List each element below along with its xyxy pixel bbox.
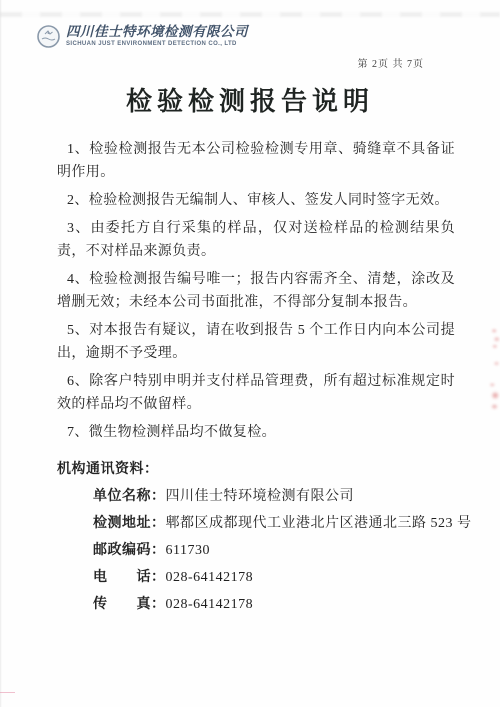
note-item-2: 2、检验检测报告无编制人、审核人、签发人同时签字无效。	[57, 189, 455, 212]
contact-label: 传 真：	[93, 597, 166, 612]
note-item-3: 3、由委托方自行采集的样品，仅对送检样品的检测结果负责，不对样品来源负责。	[57, 217, 455, 263]
contact-value: 四川佳士特环境检测有限公司	[166, 489, 355, 504]
company-name-en: SICHUAN JUST ENVIRONMENT DETECTION CO., …	[66, 40, 248, 48]
report-notes-list: 1、检验检测报告无本公司检验检测专用章、骑缝章不具备证明作用。 2、检验检测报告…	[57, 138, 455, 449]
contact-label: 单位名称：	[93, 489, 166, 504]
red-paging-seal-fragment	[487, 381, 500, 413]
document-title: 检验检测报告说明	[0, 81, 500, 118]
scan-artifact-band	[0, 12, 500, 17]
company-logo-icon	[37, 25, 60, 48]
contact-value: 028-64142178	[166, 570, 254, 585]
scan-artifact-line	[0, 692, 15, 693]
contact-value: 611730	[166, 543, 210, 558]
contact-heading: 机构通讯资料：	[57, 458, 455, 481]
note-item-6: 6、除客户特别申明并支付样品管理费，所有超过标准规定时效的样品均不做留样。	[57, 370, 455, 416]
contact-row-unit-name: 单位名称：四川佳士特环境检测有限公司	[57, 485, 455, 508]
contact-label: 检测地址：	[93, 516, 166, 531]
note-item-7: 7、微生物检测样品均不做复检。	[57, 421, 455, 444]
contact-value: 郫都区成都现代工业港北片区港通北三路 523 号	[166, 516, 472, 531]
contact-row-postcode: 邮政编码：611730	[57, 539, 455, 562]
contact-row-address: 检测地址：郫都区成都现代工业港北片区港通北三路 523 号	[57, 512, 455, 535]
company-header: 四川佳士特环境检测有限公司 SICHUAN JUST ENVIRONMENT D…	[37, 24, 248, 48]
company-name-block: 四川佳士特环境检测有限公司 SICHUAN JUST ENVIRONMENT D…	[66, 24, 248, 48]
contact-value: 028-64142178	[166, 597, 254, 612]
note-item-1: 1、检验检测报告无本公司检验检测专用章、骑缝章不具备证明作用。	[57, 138, 455, 184]
page-number: 第 2页 共 7页	[358, 55, 425, 70]
contact-label: 邮政编码：	[93, 543, 166, 558]
agency-contact-block: 机构通讯资料： 单位名称：四川佳士特环境检测有限公司 检测地址：郫都区成都现代工…	[57, 458, 455, 620]
contact-row-fax: 传 真：028-64142178	[57, 593, 455, 616]
red-paging-seal-fragment	[489, 326, 500, 350]
scanned-report-page: 四川佳士特环境检测有限公司 SICHUAN JUST ENVIRONMENT D…	[0, 0, 500, 707]
company-name-cn: 四川佳士特环境检测有限公司	[66, 24, 248, 40]
note-item-4: 4、检验检测报告编号唯一；报告内容需齐全、清楚，涂改及增删无效；未经本公司书面批…	[57, 268, 455, 314]
contact-row-phone: 电 话：028-64142178	[57, 566, 455, 589]
red-paging-seal-fragment	[492, 360, 500, 367]
contact-label: 电 话：	[93, 570, 166, 585]
note-item-5: 5、对本报告有疑议，请在收到报告 5 个工作日内向本公司提出，逾期不予受理。	[57, 319, 455, 365]
